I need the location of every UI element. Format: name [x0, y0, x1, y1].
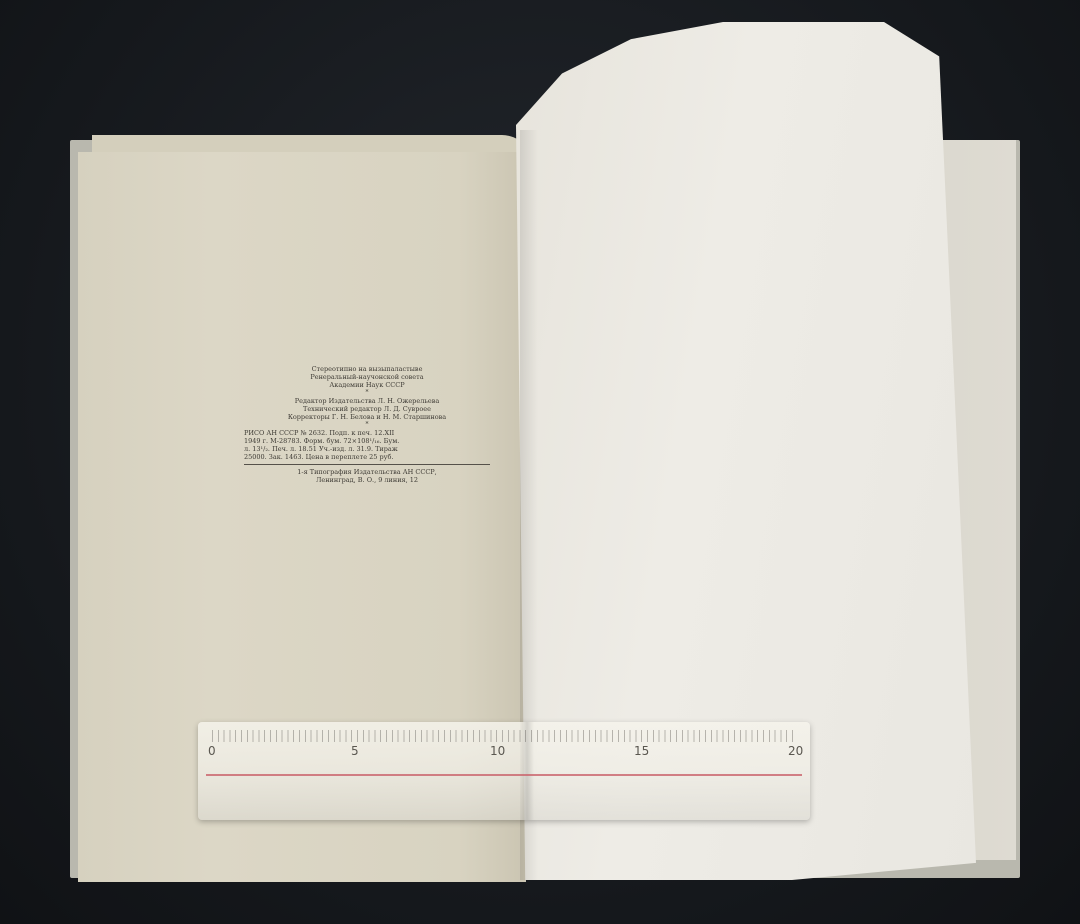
divider — [244, 464, 490, 465]
colophon-line: 25000. Зак. 1463. Цена в переплете 25 ру… — [244, 453, 490, 461]
colophon-line: Ренеральный-научонской совета — [244, 373, 490, 381]
colophon-line: Корректоры Г. Н. Белова и Н. М. Старшино… — [244, 413, 490, 421]
ruler-red-line — [206, 774, 802, 776]
colophon-line: РИСО АН СССР № 2632. Подп. к печ. 12.XII — [244, 429, 490, 437]
colophon-line: 1949 г. М-28783. Форм. бум. 72×108¹/₁₆. … — [244, 437, 490, 445]
separator: * — [244, 421, 490, 429]
ruler-label: 20 — [788, 744, 803, 758]
ruler-ticks — [212, 730, 796, 742]
colophon-line: Академии Наук СССР — [244, 381, 490, 389]
colophon-line: л. 13¹/₂. Печ. л. 18.51 Уч.-изд. л. 31.9… — [244, 445, 490, 453]
colophon-line: Стереотипно на вызыпаластыве — [244, 365, 490, 373]
ruler-fold-shadow — [520, 722, 534, 820]
colophon-line: Технический редактор Л. Д. Сувроее — [244, 405, 490, 413]
colophon-line: 1-я Типография Издательства АН СССР, — [244, 468, 490, 476]
ruler-label: 10 — [490, 744, 505, 758]
colophon-line: Ленинград, В. О., 9 линия, 12 — [244, 476, 490, 484]
separator: * — [244, 389, 490, 397]
ruler-label: 0 — [208, 744, 216, 758]
colophon-text: Стереотипно на вызыпаластыве Ренеральный… — [244, 365, 490, 484]
ruler-label: 5 — [351, 744, 359, 758]
ruler-label: 15 — [634, 744, 649, 758]
colophon-line: Редактор Издательства Л. Н. Ожерельева — [244, 397, 490, 405]
ruler: 0 5 10 15 20 — [198, 722, 810, 820]
